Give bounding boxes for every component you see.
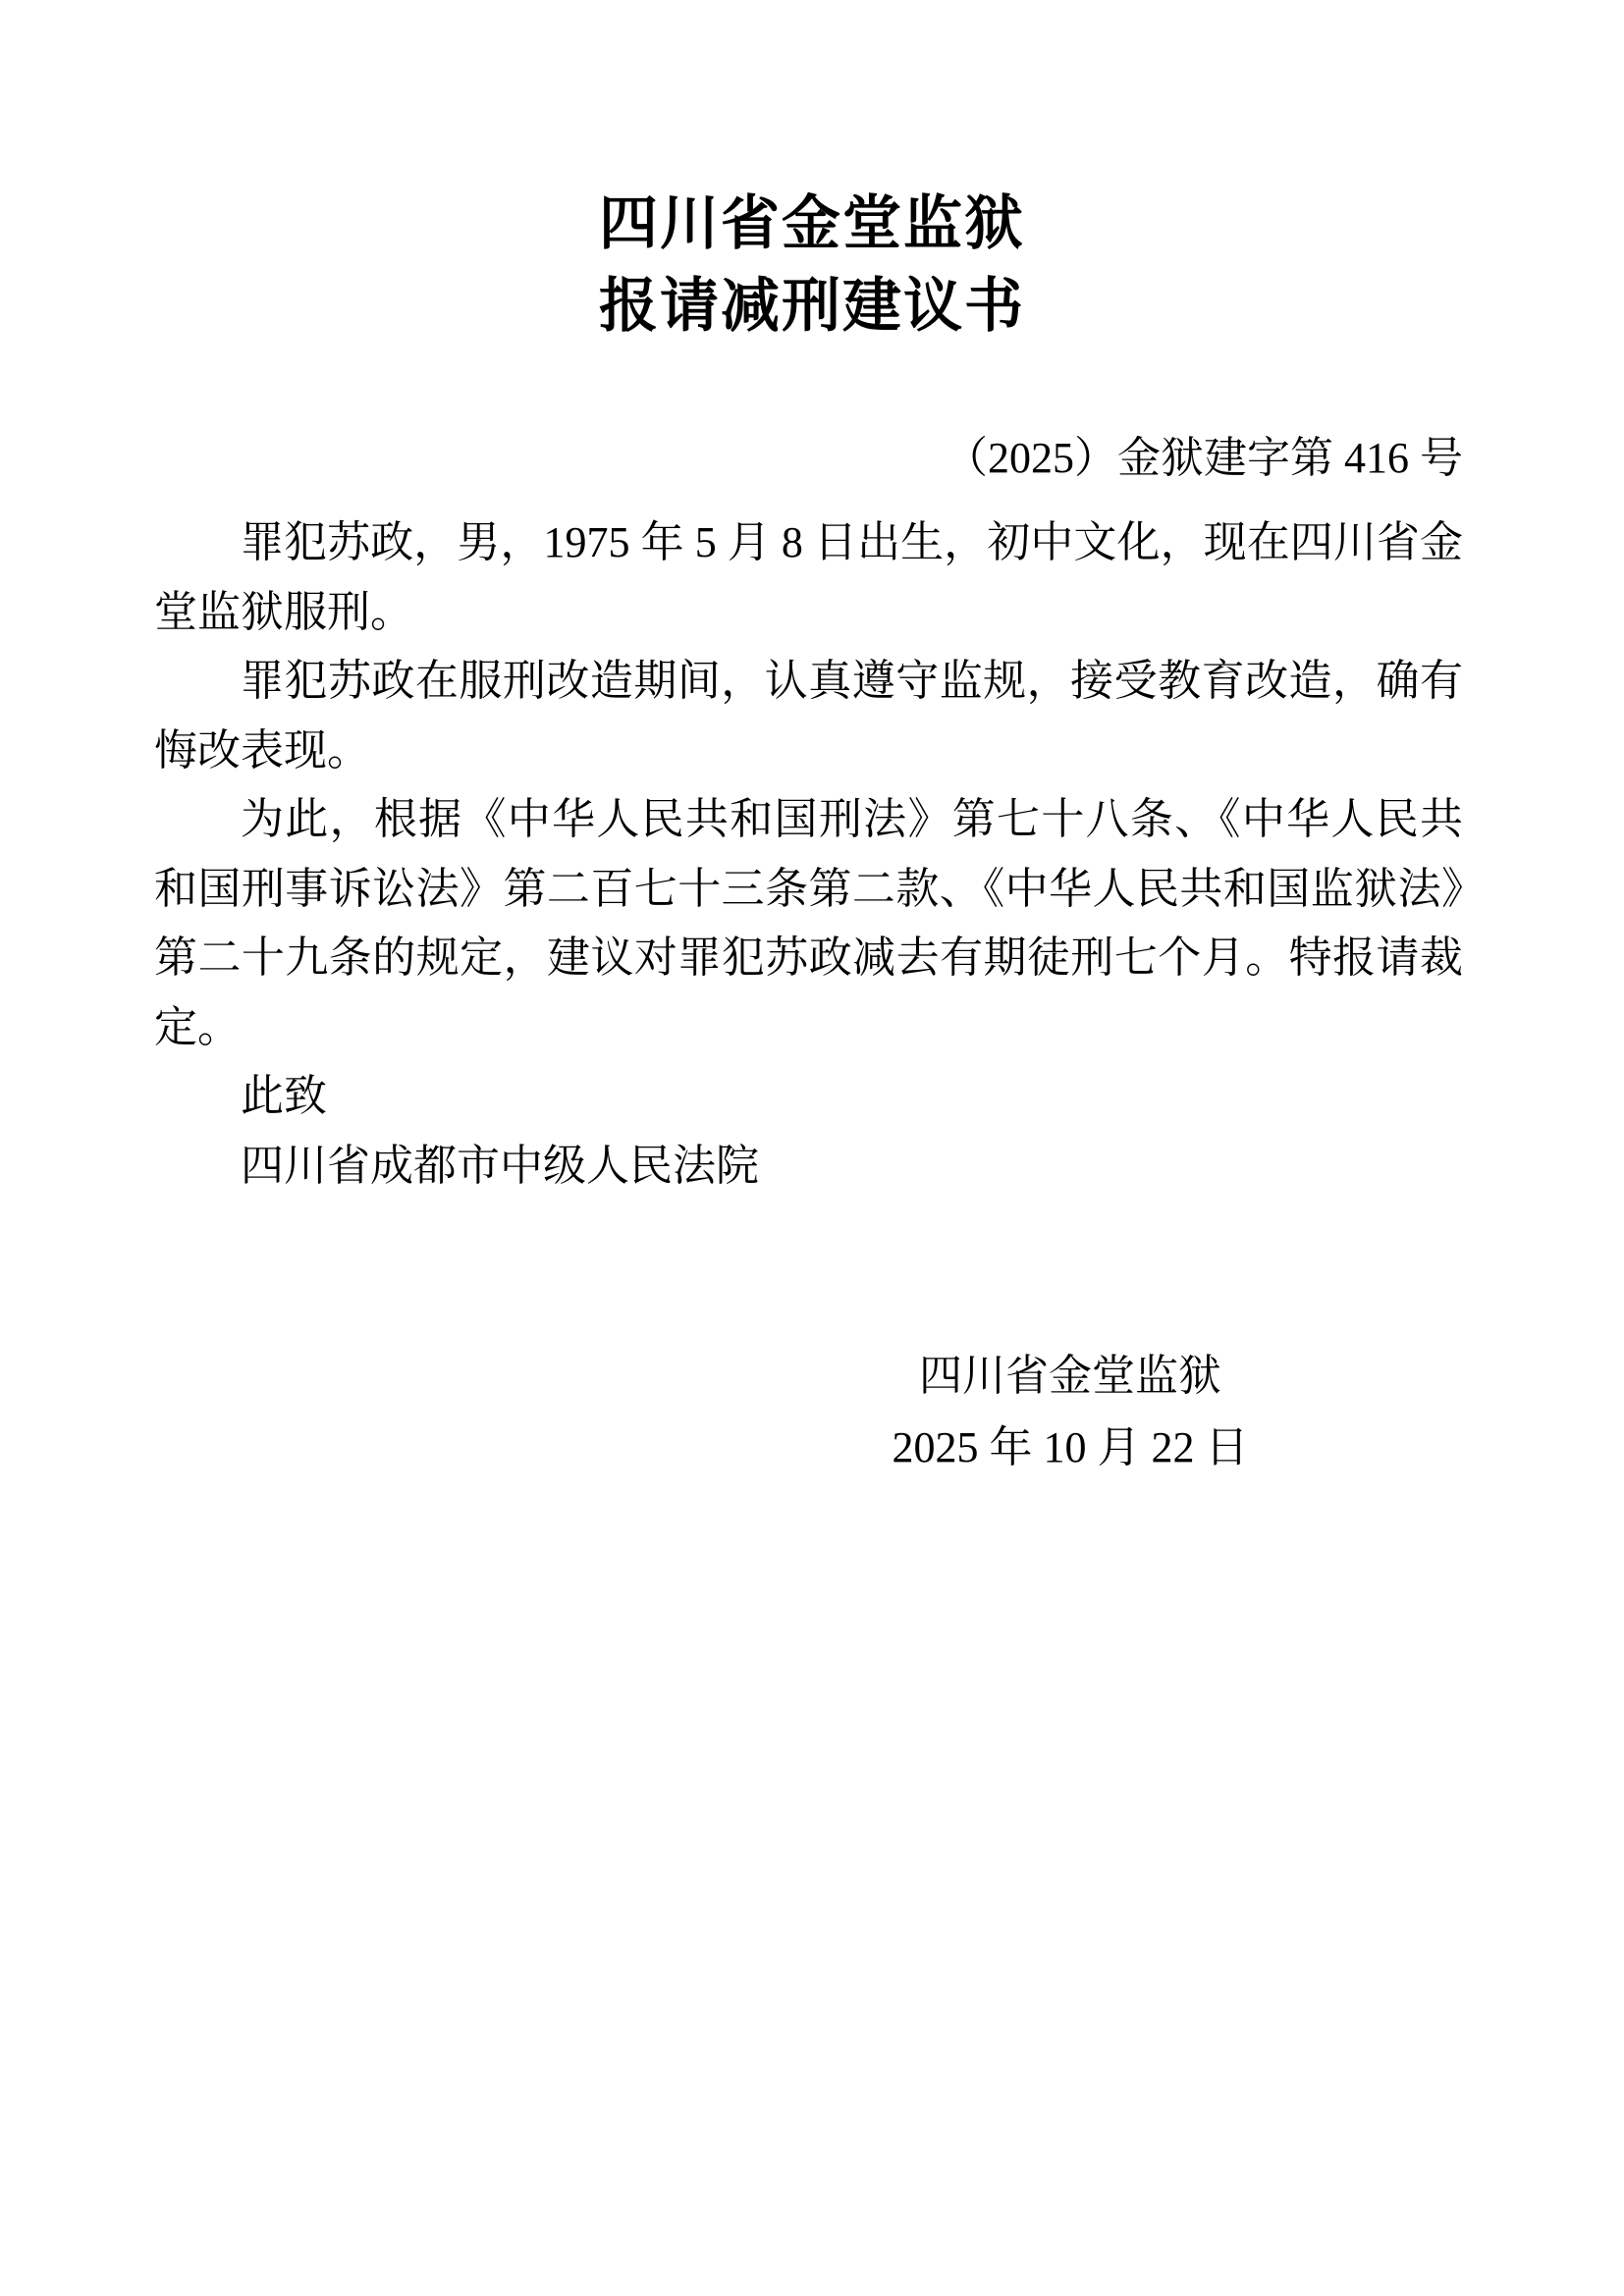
signature-date: 2025 年 10 月 22 日 bbox=[687, 1412, 1453, 1483]
salute-line: 此致 bbox=[154, 1062, 1463, 1132]
document-title: 四川省金堂监狱 报请减刑建议书 bbox=[0, 0, 1624, 347]
document-body: 罪犯苏政，男，1975 年 5 月 8 日出生，初中文化，现在四川省金堂监狱服刑… bbox=[0, 508, 1624, 1201]
paragraph-behavior: 罪犯苏政在服刑改造期间，认真遵守监规，接受教育改造，确有悔改表现。 bbox=[154, 647, 1463, 785]
paragraph-legal-basis: 为此，根据《中华人民共和国刑法》第七十八条、《中华人民共和国刑事诉讼法》第二百七… bbox=[154, 785, 1463, 1062]
document-title-line-2: 报请减刑建议书 bbox=[0, 265, 1624, 347]
signature-block: 四川省金堂监狱 2025 年 10 月 22 日 bbox=[687, 1340, 1453, 1483]
document-title-line-1: 四川省金堂监狱 bbox=[0, 183, 1624, 265]
document-number: （2025）金狱建字第 416 号 bbox=[0, 424, 1624, 493]
recipient-court: 四川省成都市中级人民法院 bbox=[154, 1132, 1463, 1201]
signature-org: 四川省金堂监狱 bbox=[687, 1340, 1453, 1412]
document-page: 四川省金堂监狱 报请减刑建议书 （2025）金狱建字第 416 号 罪犯苏政，男… bbox=[0, 0, 1624, 2296]
paragraph-offender-info: 罪犯苏政，男，1975 年 5 月 8 日出生，初中文化，现在四川省金堂监狱服刑… bbox=[154, 508, 1463, 647]
